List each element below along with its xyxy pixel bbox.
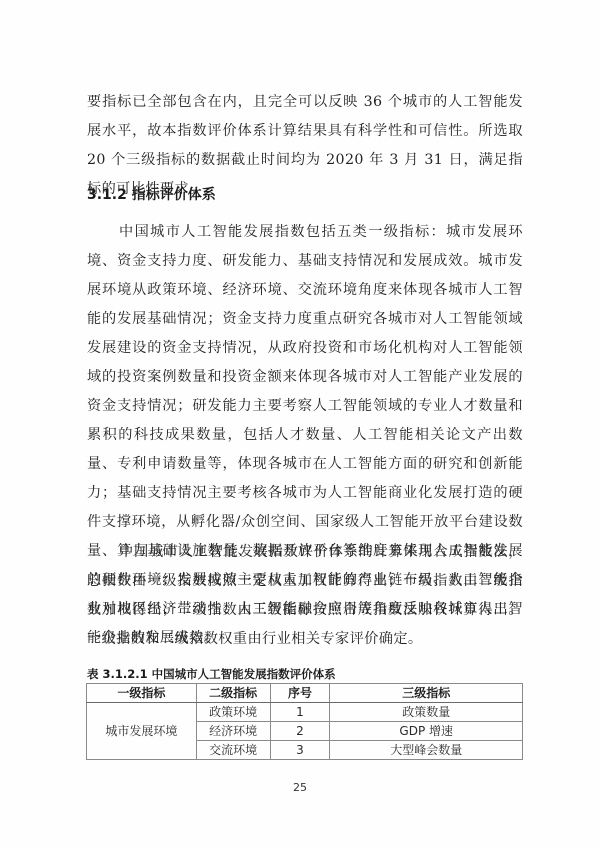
number-cell: 2 [270, 722, 330, 741]
level3-cell: 大型峰会数量 [330, 741, 523, 760]
number-cell: 1 [270, 703, 330, 722]
level2-cell: 交流环境 [196, 741, 270, 760]
number-cell: 3 [270, 741, 330, 760]
level3-cell: GDP 增速 [330, 722, 523, 741]
document-page: 要指标已全部包含在内，且完全可以反映 36 个城市的人工智能发展水平，故本指数评… [0, 0, 600, 848]
header-level2: 二级指标 [196, 684, 270, 703]
level3-cell: 政策数量 [330, 703, 523, 722]
table-caption: 表 3.1.2.1 中国城市人工智能发展指数评价体系 [87, 666, 336, 682]
page-number: 25 [0, 781, 600, 794]
group-label-cell: 城市发展环境 [87, 703, 197, 760]
level2-cell: 政策环境 [196, 703, 270, 722]
paragraph-calculation-method: 中国城市人工智能发展指数评价体系的计算采用合成指数法，总指数由一级指数按照一定权… [87, 538, 523, 654]
header-number: 序号 [270, 684, 330, 703]
table-row: 城市发展环境 政策环境 1 政策数量 [87, 703, 523, 722]
level2-cell: 经济环境 [196, 722, 270, 741]
table-header-row: 一级指标 二级指标 序号 三级指标 [87, 684, 523, 703]
index-evaluation-table: 一级指标 二级指标 序号 三级指标 城市发展环境 政策环境 1 政策数量 经济环… [86, 683, 523, 760]
header-level1: 一级指标 [87, 684, 197, 703]
section-heading: 3.1.2 指标评价体系 [87, 185, 216, 205]
header-level3: 三级指标 [330, 684, 523, 703]
